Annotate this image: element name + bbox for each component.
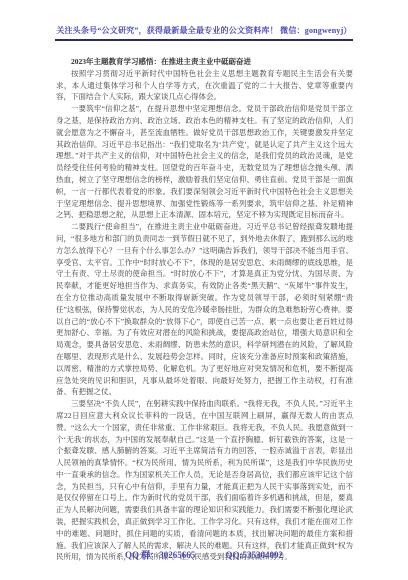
paragraph-point-one: 一要筑牢“信仰之基”，在提升思想中坚定理想信念。党员干部政治信仰是党员干部立身之… [56,103,353,221]
document-page: 关注头条号“公文研究”，获得最新最全最专业的公文资料库！ 微信：gongweny… [0,0,408,580]
paragraph-point-three: 三要坚决“不负人民”，在躬耕实践中保持血肉联系。“我将无我，不负人民。”习近平主… [56,398,353,563]
paragraph-intro: 按照学习贯彻习近平新时代中国特色社会主义思想主题教育专题民主生活会有关要求，本人… [56,68,353,103]
header-promo-text: 关注头条号“公文研究”，获得最新最全最专业的公文资料库！ 微信：gongweny… [56,26,351,35]
document-title: 2023年主题教育学习感悟：在推进主责主业中砥砺奋进 [56,56,353,68]
header-divider [55,39,353,41]
page-header: 关注头条号“公文研究”，获得最新最全最专业的公文资料库！ 微信：gongweny… [55,25,353,37]
document-body: 2023年主题教育学习感悟：在推进主责主业中砥砺奋进 按照学习贯彻习近平新时代中… [56,56,353,563]
qq-number: QQ:535304092 [226,550,284,560]
qq-group-number: QQ 群：30265665 [125,550,195,560]
paragraph-point-two: 二要践行“使命担当”，在推进主责主业中砥砺奋进。习近平总书记曾经振聋发聩地提问，… [56,221,353,398]
page-footer: QQ 群：30265665 QQ:535304092 [55,548,353,561]
